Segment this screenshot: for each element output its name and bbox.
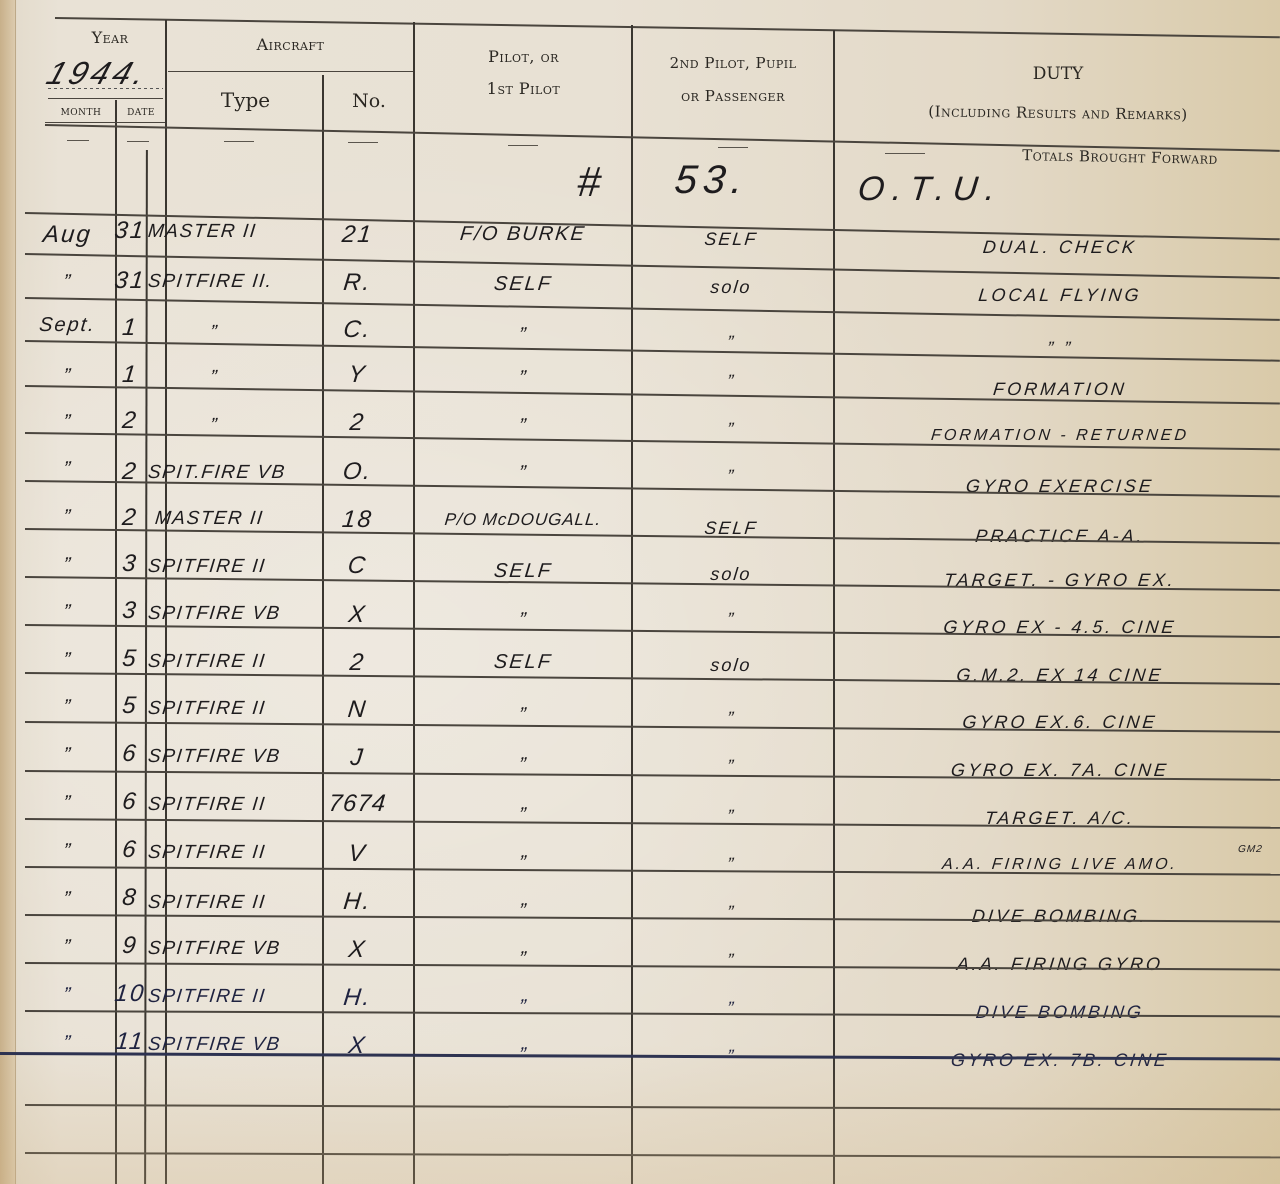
row-aircraft-type: MASTER II	[147, 221, 324, 243]
date-dash	[127, 141, 149, 142]
row-aircraft-no: R.	[319, 269, 397, 297]
row-aircraft-type: SPITFIRE II	[147, 986, 324, 1008]
month-label: MONTH	[50, 108, 112, 118]
row-date: 2	[107, 504, 154, 532]
row-duty: DUAL. CHECK	[839, 237, 1280, 258]
log-row: ” 11 SPITFIRE VB X ” ” GYRO EX. 7B. CINE	[0, 1026, 1280, 1072]
row-duty: GYRO EX. 7B. CINE	[839, 1050, 1280, 1071]
year-value: 1944.	[42, 55, 154, 92]
row-rule	[25, 1104, 1280, 1110]
log-row: ” 1 ” Y ” ” FORMATION	[0, 357, 1280, 403]
row-month: ”	[19, 554, 116, 577]
row-second-pilot: ”	[631, 998, 831, 1019]
row-aircraft-type: SPITFIRE II	[147, 698, 324, 720]
row-pilot: ”	[417, 324, 629, 347]
log-row: ” 31 SPITFIRE II. R. SELF solo LOCAL FLY…	[0, 263, 1280, 309]
aircraft-rule	[168, 71, 413, 72]
year-dotted-rule	[48, 88, 163, 89]
row-aircraft-type: SPITFIRE VB	[147, 603, 324, 625]
second-dash	[718, 147, 748, 148]
row-second-pilot: ”	[631, 902, 831, 923]
row-month: ”	[19, 271, 116, 294]
row-date: 1	[107, 361, 154, 389]
row-aircraft-no: 18	[319, 506, 397, 534]
row-pilot: P/O McDOUGALL.	[417, 510, 629, 530]
row-rule	[25, 1152, 1280, 1158]
year-label: Year	[60, 28, 160, 47]
row-second-pilot: solo	[631, 655, 831, 676]
month-dash	[67, 140, 89, 141]
row-aircraft-type: SPITFIRE VB	[147, 938, 324, 960]
row-second-pilot: ”	[631, 609, 831, 630]
row-aircraft-no: C.	[319, 316, 397, 344]
month-date-top-rule	[48, 98, 163, 99]
forward-unit-name: O.T.U.	[856, 170, 1005, 209]
row-aircraft-type: SPITFIRE II.	[147, 271, 324, 293]
forward-unit-number: 53.	[673, 158, 751, 203]
logbook-page: Year 1944. MONTH DATE Aircraft Type No. …	[0, 0, 1280, 1184]
row-aircraft-no: H.	[319, 888, 397, 916]
row-aircraft-no: 21	[319, 221, 397, 249]
row-second-pilot: ”	[631, 371, 831, 392]
row-duty: PRACTICE A-A.	[839, 526, 1280, 547]
row-month: ”	[19, 696, 116, 719]
log-row: Aug 31 MASTER II 21 F/O BURKE SELF DUAL.…	[0, 215, 1280, 261]
row-second-pilot: ”	[631, 466, 831, 487]
row-aircraft-no: O.	[319, 458, 397, 486]
log-row: ” 2 ” 2 ” ” FORMATION - RETURNED	[0, 405, 1280, 451]
row-date: 2	[107, 407, 154, 435]
row-aircraft-no: 2	[319, 409, 397, 437]
row-month: ”	[19, 506, 116, 529]
row-duty: FORMATION - RETURNED	[839, 427, 1280, 445]
row-aircraft-no: V	[319, 840, 397, 868]
no-label: No.	[325, 90, 413, 112]
row-aircraft-no: X	[319, 601, 397, 629]
row-second-pilot: ”	[631, 419, 831, 440]
row-duty: LOCAL FLYING	[839, 285, 1280, 306]
row-pilot: F/O BURKE	[417, 223, 629, 246]
row-second-pilot: SELF	[631, 229, 831, 250]
row-aircraft-type: SPITFIRE II	[147, 651, 324, 673]
row-pilot: ”	[417, 415, 629, 438]
duty-sublabel: (Including Results and Remarks)	[836, 101, 1280, 124]
duty-dash	[885, 153, 925, 154]
row-aircraft-no: J	[319, 744, 397, 772]
row-month: ”	[19, 840, 116, 863]
row-aircraft-type: SPITFIRE VB	[147, 746, 324, 768]
row-aircraft-no: H.	[319, 984, 397, 1012]
type-label: Type	[168, 88, 323, 112]
row-month: ”	[19, 458, 116, 481]
row-month: ”	[19, 984, 116, 1007]
duty-label: DUTY	[836, 64, 1280, 84]
row-pilot: ”	[417, 948, 629, 971]
row-pilot: ”	[417, 900, 629, 923]
row-aircraft-no: N	[319, 696, 397, 724]
row-pilot: SELF	[417, 651, 629, 674]
row-pilot: ”	[417, 804, 629, 827]
pilot-label-line2: 1st Pilot	[416, 79, 631, 98]
row-month: ”	[19, 649, 116, 672]
row-month: ”	[19, 744, 116, 767]
row-aircraft-no: X	[319, 936, 397, 964]
date-label: DATE	[118, 108, 164, 118]
log-row: ” 2 SPIT.FIRE VB O. ” ” GYRO EXERCISE	[0, 452, 1280, 498]
row-month: ”	[19, 411, 116, 434]
row-month: Sept.	[19, 314, 116, 337]
row-duty: DIVE BOMBING	[839, 1002, 1280, 1023]
row-pilot: ”	[417, 996, 629, 1019]
row-aircraft-no: C	[319, 552, 397, 580]
row-month: ”	[19, 936, 116, 959]
row-aircraft-type: MASTER II	[154, 508, 331, 530]
row-aircraft-type: SPITFIRE II	[147, 842, 324, 864]
type-dash	[224, 141, 254, 142]
row-aircraft-type: SPITFIRE II	[147, 794, 324, 816]
row-aircraft-type: SPITFIRE II	[147, 892, 324, 914]
row-pilot: ”	[417, 462, 629, 485]
pilot-label-line1: Pilot, or	[416, 47, 631, 66]
row-aircraft-type: SPIT.FIRE VB	[147, 462, 324, 484]
row-pilot: SELF	[417, 273, 629, 296]
no-dash	[348, 142, 378, 143]
row-pilot: ”	[417, 852, 629, 875]
row-aircraft-no: Y	[319, 361, 397, 389]
row-month: Aug	[19, 221, 117, 249]
row-month: ”	[19, 792, 116, 815]
log-row: ” 8 SPITFIRE II H. ” ” DIVE BOMBING.	[0, 882, 1280, 928]
second-pilot-label-line1: 2nd Pilot, Pupil	[633, 54, 833, 72]
row-month: ”	[19, 888, 116, 911]
log-row: ” 9 SPITFIRE VB X ” ” A.A. FIRING GYRO	[0, 930, 1280, 976]
row-aircraft-no: 7674	[319, 790, 397, 818]
row-pilot: ”	[417, 367, 629, 390]
row-duty: A.A. FIRING GYRO	[839, 954, 1280, 975]
row-aircraft-type: SPITFIRE II	[147, 556, 324, 578]
month-date-bottom-rule	[45, 122, 165, 123]
second-pilot-label-line2: or Passenger	[633, 87, 833, 105]
row-duty-note: GM2	[1237, 844, 1263, 855]
row-duty: DIVE BOMBING.	[839, 906, 1280, 927]
log-row: ” 10 SPITFIRE II H. ” ” DIVE BOMBING	[0, 978, 1280, 1024]
row-month: ”	[19, 601, 116, 624]
forward-hash: #	[575, 158, 605, 206]
row-date: 1	[107, 314, 154, 342]
row-second-pilot: solo	[631, 277, 831, 298]
aircraft-label: Aircraft	[168, 35, 413, 54]
row-aircraft-no: 2	[319, 649, 397, 677]
pilot-dash	[508, 145, 538, 146]
row-second-pilot: ”	[631, 950, 831, 971]
